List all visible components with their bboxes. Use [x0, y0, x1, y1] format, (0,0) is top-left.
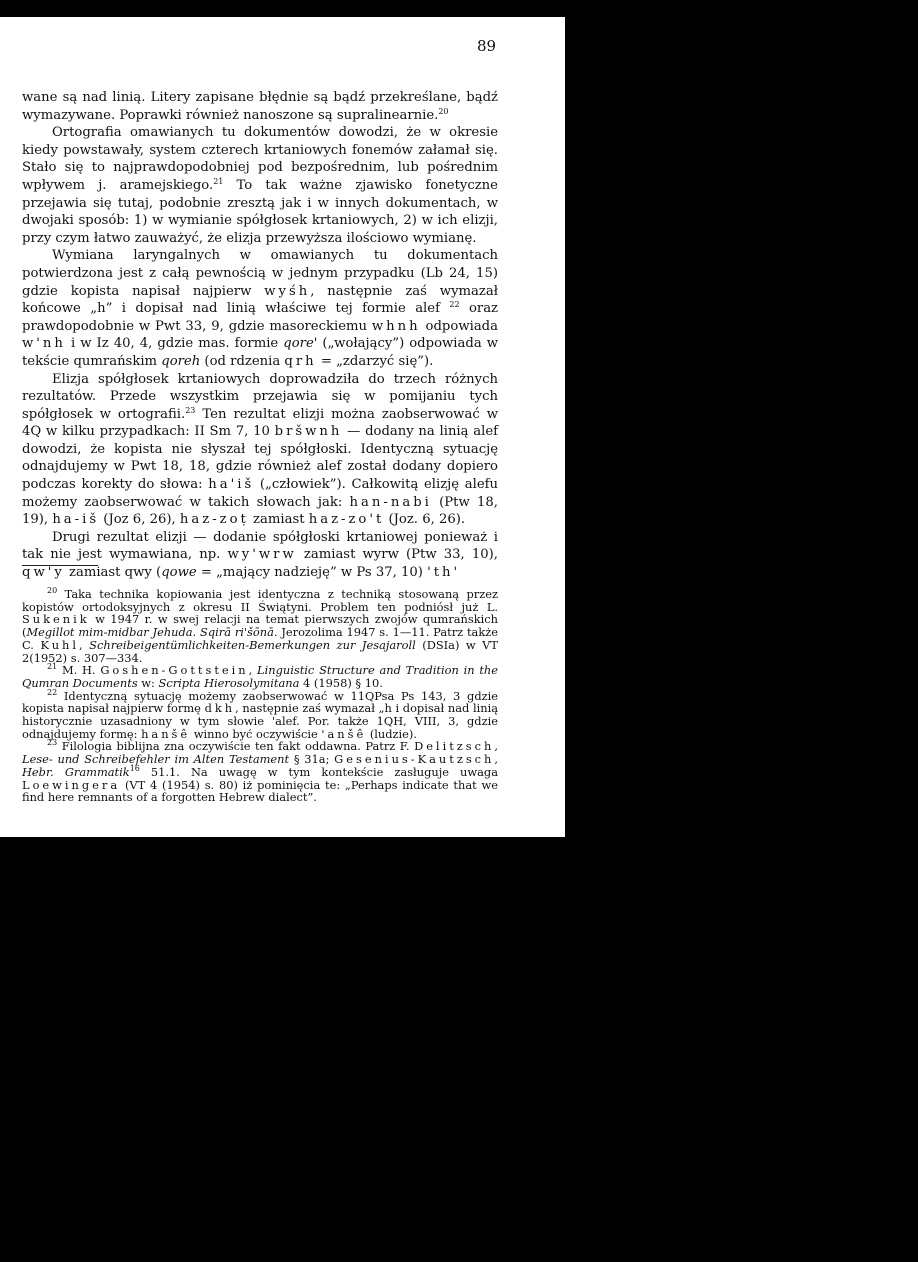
paragraph-1: wane są nad linią. Litery zapisane błędn… — [22, 89, 498, 124]
text-run: ha-iš — [52, 512, 99, 527]
text-run: wane są nad linią. Litery zapisane błędn… — [22, 90, 498, 123]
text-run: whnh — [372, 319, 421, 334]
text-run: qoreh — [161, 354, 200, 369]
footnote-21: 21 M. H. Goshen-Gottstein, Linguistic St… — [22, 664, 498, 689]
text-run: zamiast qwy ( — [65, 565, 161, 580]
text-run: = „zdarzyć się”). — [317, 354, 434, 369]
paragraph-2: Ortografia omawianych tu dokumentów dowo… — [22, 124, 498, 247]
page-number: 89 — [477, 37, 496, 55]
text-run: qw'y — [22, 565, 65, 580]
footnote-ref: 16 — [130, 764, 140, 773]
text-run: bršwnh — [275, 424, 343, 439]
text-run: i w Iz 40, 4, gdzie mas. formie — [66, 336, 283, 351]
main-text: wane są nad linią. Litery zapisane błędn… — [22, 89, 498, 582]
footnotes: 20 Taka technika kopiowania jest identyc… — [22, 588, 498, 804]
paragraph-5: Drugi rezultat elizji — dodanie spółgłos… — [22, 529, 498, 582]
text-run: (Joz 6, 26), — [99, 512, 180, 527]
footnote-ref: 22 — [47, 688, 57, 697]
footnote-ref: 21 — [213, 177, 223, 186]
text-run: 'th' — [427, 565, 460, 580]
text-run: odpowiada — [421, 319, 498, 334]
text-run: Taka technika kopiowania jest identyczna… — [22, 587, 498, 614]
paragraph-3: Wymiana laryngalnych w omawianych tu dok… — [22, 247, 498, 370]
footnote-rule — [22, 565, 98, 566]
footnote-ref: 21 — [47, 662, 57, 671]
text-run: wyśh — [264, 284, 310, 299]
text-run: ha'iš — [208, 477, 254, 492]
footnote-ref: 20 — [47, 586, 57, 595]
text-run: (od rdzenia — [200, 354, 284, 369]
text-run: (Joz. 6, 26). — [384, 512, 465, 527]
text-run: zamiast wyrw (Ptw 33, 10), — [297, 547, 498, 562]
footnote-ref: 22 — [449, 300, 459, 309]
text-run: qrh — [284, 354, 316, 369]
footnote-20: 20 Taka technika kopiowania jest identyc… — [22, 588, 498, 664]
text-run: wy'wrw — [228, 547, 297, 562]
text-run: qore' — [283, 336, 317, 351]
footnote-22: 22 Identyczną sytuację możemy zaobserwow… — [22, 690, 498, 741]
text-run: = „mający nadzieję” w Ps 37, 10) — [197, 565, 427, 580]
text-run: w'nh — [22, 336, 66, 351]
text-run: qowe — [161, 565, 196, 580]
footnote-ref: 23 — [47, 738, 57, 747]
text-run: han-nabi — [350, 495, 432, 510]
footnote-ref: 23 — [185, 406, 195, 415]
paragraph-4: Elizja spółgłosek krtaniowych doprowadzi… — [22, 371, 498, 529]
text-run: haz-zo't — [309, 512, 385, 527]
text-run: zamiast — [249, 512, 309, 527]
footnote-23: 23 Filologia biblijna zna oczywiście ten… — [22, 740, 498, 804]
footnote-ref: 20 — [438, 107, 448, 116]
text-run: haz-zoṭ — [180, 512, 249, 527]
